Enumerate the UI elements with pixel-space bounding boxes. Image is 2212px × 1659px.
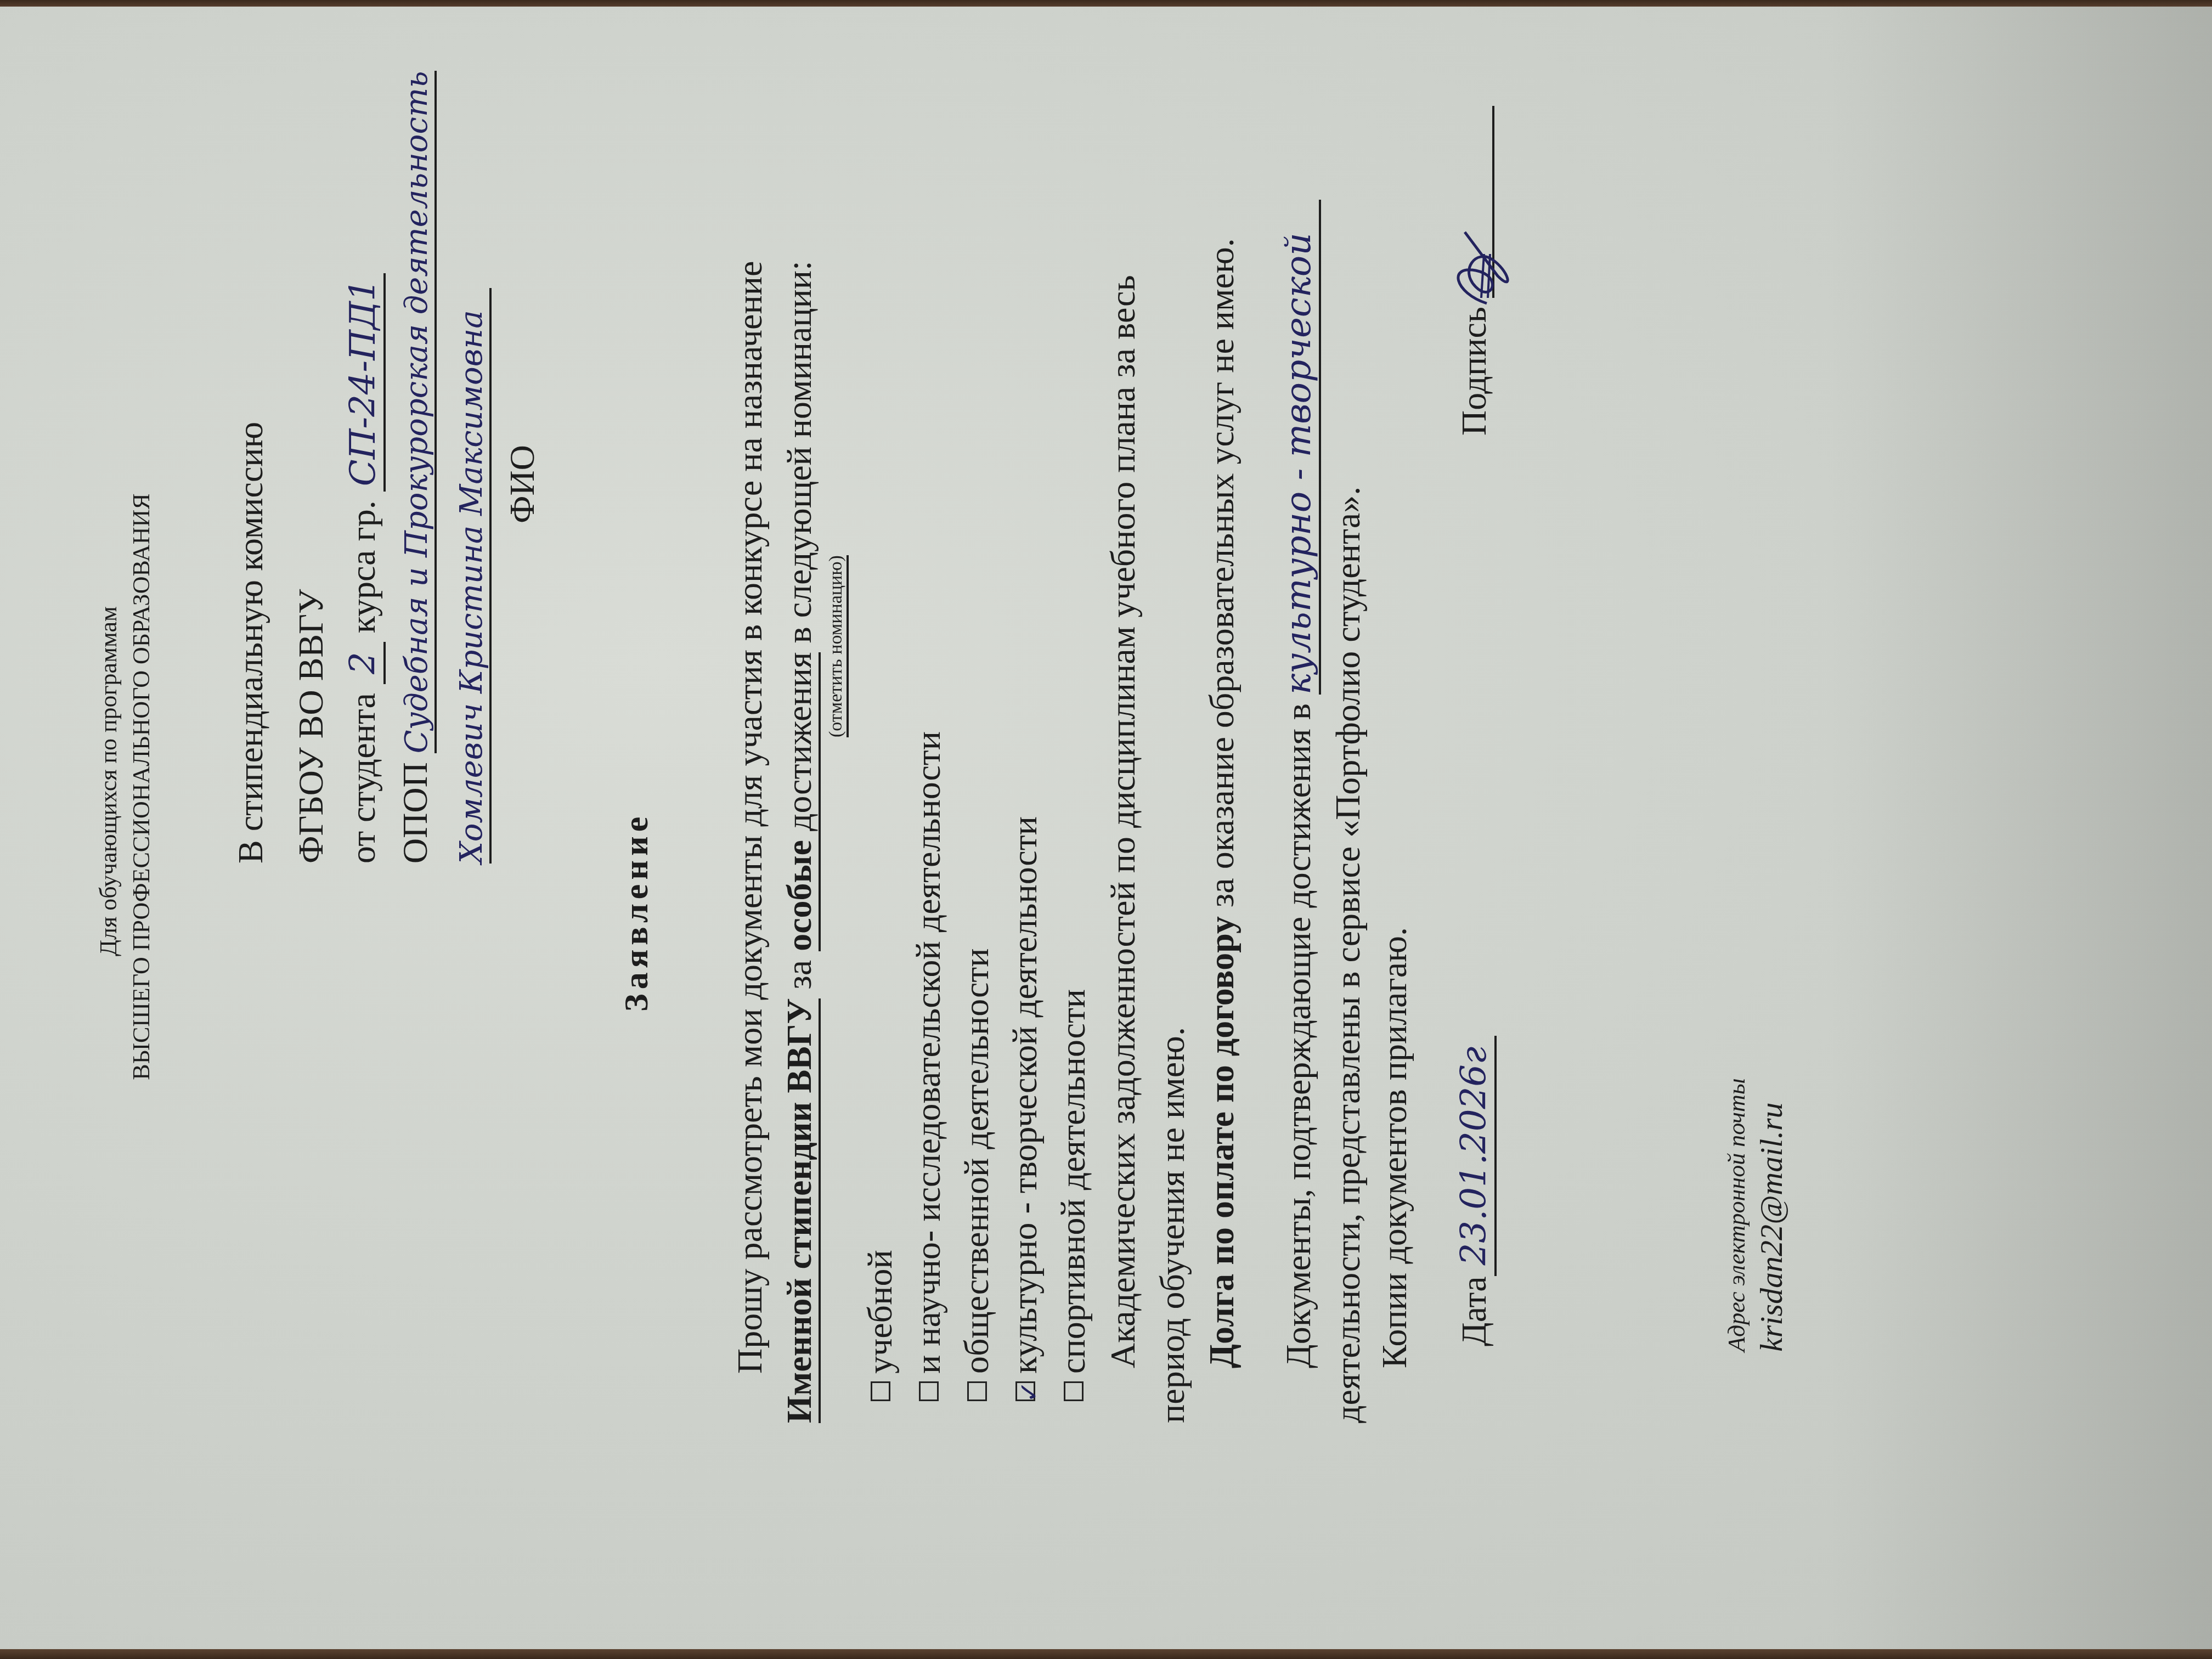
checkbox-sportivnoy[interactable] <box>1064 1381 1084 1401</box>
signature-field[interactable] <box>1459 106 1494 298</box>
course-field[interactable]: 2 <box>343 642 386 684</box>
program-line: ОПОП Судебная и Прокурорская деятельност… <box>395 71 436 864</box>
nomination-label: учебной <box>860 1250 899 1374</box>
signature-label: Подпись <box>1454 307 1493 436</box>
addressee-to: В стипендиальную комиссию <box>230 422 271 864</box>
program-label: ОПОП <box>396 762 435 864</box>
fio-line: Хомлевич Кристина Максимовна <box>450 288 490 864</box>
signature-scribble-icon <box>1443 205 1520 314</box>
email-label: Адрес электронной почты <box>1723 1078 1751 1352</box>
header-line-2: ВЫСШЕГО ПРОФЕССИОНАЛЬНОГО ОБРАЗОВАНИЯ <box>127 375 155 1198</box>
documents-line-2: деятельности, представлены в сервисе «По… <box>1328 487 1368 1423</box>
program-field[interactable]: Судебная и Прокурорская деятельность <box>399 71 437 754</box>
student-line: от студента 2 курса гр. СП-24-ПД1 <box>343 273 383 864</box>
nomination-list: учебной и научно- исследовательской деят… <box>856 731 1097 1401</box>
nomination-item[interactable]: спортивной деятельности <box>1049 731 1097 1401</box>
signature-line: Подпись <box>1454 106 1494 436</box>
nomination-item[interactable]: общественной деятельности <box>952 731 1001 1401</box>
debts-line-3: Долга по оплате по договору за оказание … <box>1201 238 1242 1368</box>
documents-line-3: Копии документов прилагаю. <box>1374 927 1415 1368</box>
nomination-hint: (отметить номинацию) <box>826 555 849 737</box>
documents-prefix: Документы, подтверждающие достижения в <box>1279 703 1318 1368</box>
fio-field[interactable]: Хомлевич Кристина Максимовна <box>454 288 492 864</box>
course-suffix-label: курса гр. <box>343 500 382 633</box>
nomination-item[interactable]: учебной <box>856 731 904 1401</box>
osobye-word: особые <box>780 840 821 951</box>
checkbox-uchebnoy[interactable] <box>871 1381 890 1401</box>
date-line: Дата23.01.2026г <box>1454 1036 1494 1346</box>
addressee-org: ФГБОУ ВО ВВГУ <box>291 589 331 864</box>
nomination-item[interactable]: и научно- исследовательской деятельности <box>904 731 952 1401</box>
application-form: Для обучающихся по программам ВЫСШЕГО ПР… <box>0 0 2212 1659</box>
achievement-area-field[interactable]: культурно - творческой <box>1278 200 1321 695</box>
nomination-label: и научно- исследовательской деятельности <box>909 731 947 1374</box>
header-line-1: Для обучающихся по программам <box>94 452 122 1110</box>
za-word: за <box>780 951 819 998</box>
page-title: Заявление <box>617 812 656 1012</box>
scholarship-name: Именной стипендии ВВГУ <box>780 998 821 1423</box>
checkbox-obshchestvennoy[interactable] <box>967 1381 987 1401</box>
checkbox-kulturno-tvorcheskoy[interactable] <box>1015 1381 1035 1401</box>
checkbox-nauchno[interactable] <box>919 1381 939 1401</box>
documents-line-1: Документы, подтверждающие достижения в к… <box>1278 200 1319 1368</box>
contract-debt-rest: за оказание образовательных услуг не име… <box>1202 238 1241 916</box>
nomination-label: спортивной деятельности <box>1053 989 1092 1374</box>
debts-line-2: период обучения не имею. <box>1152 1027 1193 1423</box>
email-value[interactable]: krisdan22@mail.ru <box>1753 1102 1790 1352</box>
date-label: Дата <box>1454 1276 1493 1346</box>
request-line-1: Прошу рассмотреть мои документы для учас… <box>730 261 770 1374</box>
request-line-2: Именной стипендии ВВГУ за особые достиже… <box>779 261 820 1423</box>
achievements-word: достижения <box>780 652 821 840</box>
nomination-item[interactable]: культурно - творческой деятельности <box>1001 731 1049 1401</box>
nomination-label: культурно - творческой деятельности <box>1005 816 1044 1374</box>
nomination-label: общественной деятельности <box>957 948 996 1374</box>
group-field[interactable]: СП-24-ПД1 <box>343 273 386 492</box>
fio-label: ФИО <box>502 445 543 523</box>
nomination-text: в следующей номинации: <box>780 261 819 652</box>
date-field[interactable]: 23.01.2026г <box>1454 1036 1497 1277</box>
from-student-label: от студента <box>343 693 382 864</box>
contract-debt-bold: Долга по оплате по договору <box>1202 916 1241 1368</box>
debts-line-1: Академических задолженностей по дисципли… <box>1103 275 1143 1368</box>
